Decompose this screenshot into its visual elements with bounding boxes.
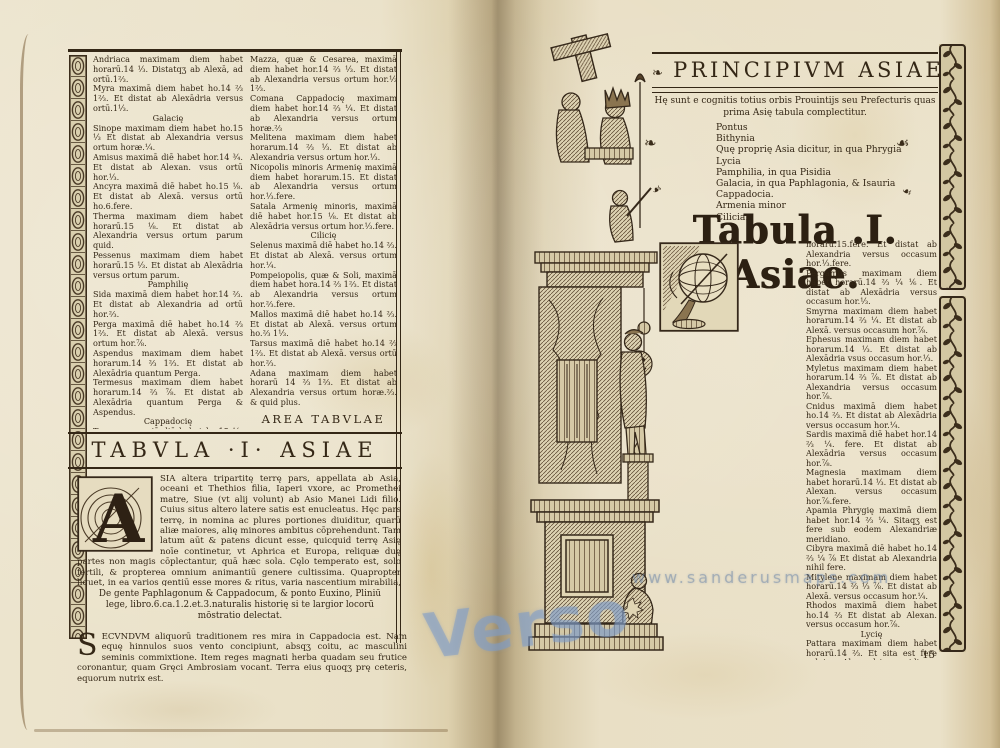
text-entry: Pamphilia, in qua Pisidia [716,167,938,178]
title-fleuron-icon: ❧ [652,66,663,81]
text-entry: Lycia [716,156,938,167]
text-entry: Comana Cappadocię maximam diem habet hor… [250,94,397,133]
column-woodcut [527,30,665,660]
right-page-title: ❧ PRINCIPIVM ASIAE [652,55,938,85]
text-entry: Perga maximā diē habet ho.14 ⅔ 1⅔. Et di… [93,320,243,349]
book-scan-spread: { "left_page": { "col1": [ {"type":"e","… [0,0,1000,748]
svg-text:A: A [92,480,145,552]
text-entry: Adana maximam diem habet horarū 14 ⅔ 1⅔.… [250,369,397,408]
plinius-note: De gente Paphlagonum & Cappadocum, & pon… [95,589,385,622]
text-entry: Apamia Phrygię maximā diem habet hor.14 … [806,506,937,544]
left-page-column-2: Mazza, quæ & Cesarea, maximā diem habet … [250,55,397,429]
secundum-text: ECVNDVM aliquorū traditionem res mira in… [77,632,407,684]
armillary-sphere-woodcut [659,242,739,332]
left-page-column-1: Andriaca maximam diem habet horarū.14 ⅓.… [93,55,243,429]
text-entry: Satala Armenię minoris, maximā diē habet… [250,202,397,231]
watermark-site: www.sanderusmaps.com [632,568,891,587]
text-entry: Andriaca maximam diem habet horarū.14 ⅓.… [93,55,243,84]
text-entry: Sinope maximam diem habet ho.15 ⅓ Et dis… [93,124,243,153]
top-rule [68,49,402,52]
right-border-woodcut-bottom [939,296,966,652]
text-entry: Trapezus maxiā diē habet ho.15 ¼. Et dis… [93,427,243,429]
text-entry: Pessenus maximam diem habet horarū.15 ⅓.… [93,251,243,280]
asia-paragraph: A SIA altera tripartitę terrę pars, appe… [77,474,401,586]
text-entry: Tarsus maximā diē habet ho.14 ⅔ 1⅔. Et d… [250,339,397,368]
right-page-column-2: horarū.15.fere. Et distat ab Alexandria … [806,240,937,660]
title-top-rule [652,52,938,54]
text-entry: Melitena maximam diem habet horarum.14 ⅔… [250,133,397,162]
right-border-woodcut-top [939,44,966,290]
right-page-column-1 [659,240,802,662]
text-entry: Mallos maximā diē habet ho.14 ⅔. Et dist… [250,310,397,339]
title-bottom-double-rule [652,87,938,93]
text-entry: Sardis maximā diē habet hor.14 ⅔ ¼. fere… [806,430,937,468]
right-page-title-text: PRINCIPIVM ASIAE [673,58,944,82]
fleuron-left-icon: ❧ [644,136,657,151]
text-entry: Pontus [716,122,938,133]
page-bottom-edge [34,729,448,732]
left-page-section-title: TABVLA ·I· ASIAE [68,435,402,465]
text-entry: Aspendus maximam diem habet horarum.14 ⅔… [93,349,243,378]
text-entry: Selenus maximā diē habet ho.14 ⅔. Et dis… [250,241,397,270]
drop-cap-s: S [77,633,98,659]
secundum-paragraph: S ECVNDVM aliquorū traditionem res mira … [77,632,407,690]
text-entry: Nicopolis minoris Armenię maximā diem ha… [250,163,397,202]
initial-a-woodcut: A [77,476,153,552]
text-entry: Mazza, quæ & Cesarea, maximā diem habet … [250,55,397,94]
divider-rule [68,432,402,434]
text-entry: Termesus maximam diem habet horarum.14 ⅔… [93,378,243,417]
text-entry: Magnesia maximam diem habet horarū.14 ⅓.… [806,468,937,506]
text-entry: Therma maximam diem habet horarū.15 ⅛. E… [93,212,243,251]
text-entry: Smyrna maximam diem habet horarum.14 ⅔ ¼… [806,307,937,336]
page-number: 15 [905,650,935,661]
text-entry: Ephesus maximam diem habet horarum.14 ⅓.… [806,335,937,364]
divider-rule [68,467,402,469]
text-entry: Pergamus maximam diem habet horarū.14 ⅔ … [806,269,937,307]
text-entry: Pompeiopolis, quæ & Soli, maximā diem ha… [250,271,397,310]
text-entry: Cnidus maximā diem habet ho.14 ⅔. Et dis… [806,402,937,431]
text-entry: Ancyra maximā diē habet ho.15 ⅛. Et dist… [93,182,243,211]
text-entry: Rhodos maximā diem habet ho.14 ⅔ Et dist… [806,601,937,630]
text-entry: Myletus maximam diem habet horarum.14 ⅔ … [806,364,937,402]
text-entry: horarū.15.fere. Et distat ab Alexandria … [806,240,937,269]
text-entry: Sida maximā diem habet hor.14 ⅔. Et dist… [93,290,243,319]
section-heading: AREA TABVLAE [250,412,397,427]
text-entry: Amisus maximā diē habet hor.14 ¾. Et dis… [93,153,243,182]
text-entry: Myra maximā diem habet ho.14 ⅔ 1⅔. Et di… [93,84,243,113]
page-deckle-edge [20,34,39,730]
right-page-subtitle: Hę sunt e cognitis totius orbis Prouinti… [652,96,938,119]
fleuron-right-icon: ☙ [896,136,909,151]
